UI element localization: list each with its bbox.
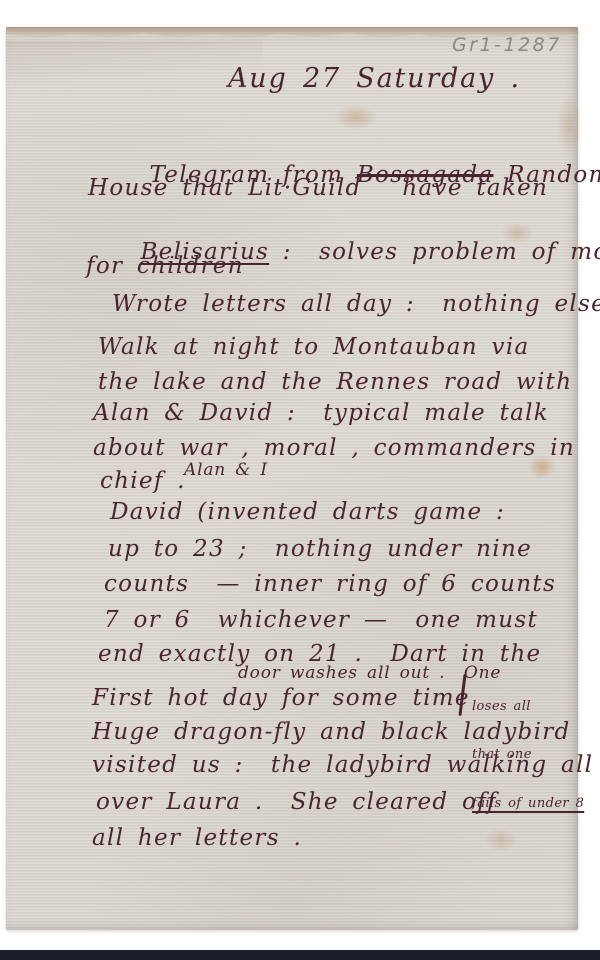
line-chief: chief . xyxy=(100,469,186,494)
line-insects-3: over Laura . She cleared off xyxy=(96,790,497,815)
line-darts-1: David (invented darts game : xyxy=(110,500,505,525)
line-for-children: for children xyxy=(86,254,244,279)
line-walk-2: the lake and the Rennes road with xyxy=(98,370,572,395)
line-belisarius-rest: : solves problem of money xyxy=(269,239,600,265)
line-walk-4: about war , moral , commanders in xyxy=(93,436,575,461)
line-walk-1: Walk at night to Montauban via xyxy=(98,335,529,360)
scanned-diary-page: Gr1-1287 Aug 27 Saturday . Telegram from… xyxy=(0,0,600,960)
line-darts-4: 7 or 6 whichever — one must xyxy=(104,608,538,633)
line-darts-3: counts — inner ring of 6 counts xyxy=(104,572,556,597)
interlinear-insertion-alan: Alan & I xyxy=(184,461,268,480)
line-darts-2: up to 23 ; nothing under nine xyxy=(108,537,532,562)
line-insects-2: visited us : the ladybird walking all xyxy=(92,753,593,778)
line-insects-1: Huge dragon-fly and black ladybird xyxy=(92,720,571,745)
paper-crease xyxy=(6,41,263,101)
scanner-edge-band xyxy=(0,950,600,960)
margin-note-line-1: loses all xyxy=(472,699,584,715)
date-heading: Aug 27 Saturday . xyxy=(228,64,521,94)
archival-mark: Gr1-1287 xyxy=(452,34,562,56)
line-wrote-letters: Wrote letters all day : nothing else xyxy=(112,292,600,317)
line-insects-4: all her letters . xyxy=(92,826,302,851)
line-house: House that Lit·Guild have taken xyxy=(88,176,548,201)
line-walk-3: Alan & David : typical male talk xyxy=(93,401,549,426)
line-first-hot-day: First hot day for some time xyxy=(92,686,470,711)
